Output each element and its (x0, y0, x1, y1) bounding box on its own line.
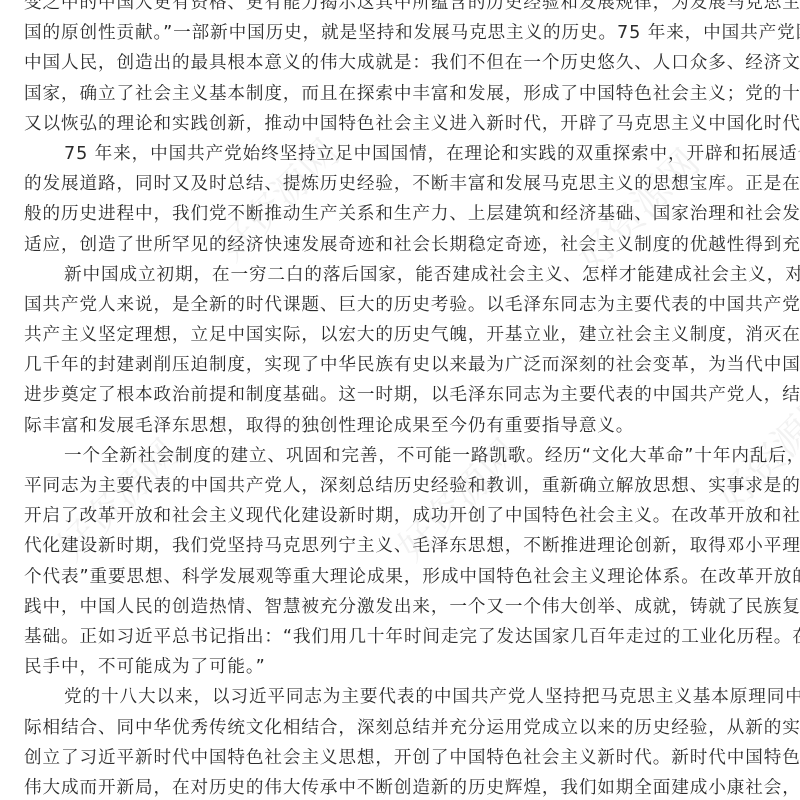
text-line: 适应，创造了世所罕见的经济快速发展奇迹和社会长期稳定奇迹，社会主义制度的优越性得… (24, 230, 776, 260)
text-line: 践中，中国人民的创造热情、智慧被充分激发出来，一个又一个伟大创举、成就，铸就了民… (24, 592, 776, 622)
text-line: 般的历史进程中，我们党不断推动生产关系和生产力、上层建筑和经济基础、国家治理和社… (24, 199, 776, 229)
text-line: 基础。正如习近平总书记指出：“我们用几十年时间走完了发达国家几百年走过的工业化历… (24, 622, 776, 652)
text-line: 际相结合、同中华优秀传统文化相结合，深刻总结并充分运用党成立以来的历史经验，从新… (24, 713, 776, 743)
text-line: 的发展道路，同时又及时总结、提炼历史经验，不断丰富和发展马克思主义的思想宝库。正… (24, 169, 776, 199)
paragraph-start: 党的十八大以来，以习近平同志为主要代表的中国共产党人坚持把马克思主义基本原理同中… (24, 682, 776, 712)
text-line: 平同志为主要代表的中国共产党人，深刻总结历史经验和教训，重新确立解放思想、实事求… (24, 471, 776, 501)
text-line: 共产主义坚定理想，立足中国实际，以宏大的历史气魄，开基立业，建立社会主义制度，消… (24, 320, 776, 350)
text-line: 际丰富和发展毛泽东思想，取得的独创性理论成果至今仍有重要指导意义。 (24, 411, 776, 441)
paragraph-start: 75 年来，中国共产党始终坚持立足中国国情，在理论和实践的双重探索中，开辟和拓展… (24, 139, 776, 169)
text-line: 国的原创性贡献。”一部新中国历史，就是坚持和发展马克思主义的历史。75 年来，中… (24, 18, 776, 48)
text-line: 几千年的封建剥削压迫制度，实现了中华民族有史以来最为广泛而深刻的社会变革，为当代… (24, 350, 776, 380)
text-line: 个代表”重要思想、科学发展观等重大理论成果，形成中国特色社会主义理论体系。在改革… (24, 562, 776, 592)
paragraph-start: 一个全新社会制度的建立、巩固和完善，不可能一路凯歌。经历“文化大革命”十年内乱后… (24, 441, 776, 471)
text-line: 国家，确立了社会主义基本制度，而且在探索中丰富和发展，形成了中国特色社会主义；党… (24, 79, 776, 109)
text-line: 创立了习近平新时代中国特色社会主义思想，开创了中国特色社会主义新时代。新时代中国… (24, 743, 776, 773)
paragraph-start: 新中国成立初期，在一穷二白的落后国家，能否建成社会主义、怎样才能建成社会主义，对… (24, 260, 776, 290)
text-line: 又以恢弘的理论和实践创新，推动中国特色社会主义进入新时代，开辟了马克思主义中国化… (24, 109, 776, 139)
text-line: 变之中的中国人更有资格、更有能力揭示这其中所蕴含的历史经验和发展规律，为发展马克… (24, 0, 776, 18)
text-line: 代化建设新时期，我们党坚持马克思列宁主义、毛泽东思想，不断推进理论创新，取得邓小… (24, 531, 776, 561)
text-line: 中国人民，创造出的最具根本意义的伟大成就是：我们不但在一个历史悠久、人口众多、经… (24, 48, 776, 78)
text-line: 伟大成而开新局，在对历史的伟大传承中不断创造新的历史辉煌，我们如期全面建成小康社… (24, 773, 776, 800)
text-line: 进步奠定了根本政治前提和制度基础。这一时期，以毛泽东同志为主要代表的中国共产党人… (24, 380, 776, 410)
text-line: 开启了改革开放和社会主义现代化建设新时期，成功开创了中国特色社会主义。在改革开放… (24, 501, 776, 531)
text-line: 国共产党人来说，是全新的时代课题、巨大的历史考验。以毛泽东同志为主要代表的中国共… (24, 290, 776, 320)
document-body: 变之中的中国人更有资格、更有能力揭示这其中所蕴含的历史经验和发展规律，为发展马克… (24, 0, 776, 800)
text-line: 民手中，不可能成为了可能。” (24, 652, 776, 682)
